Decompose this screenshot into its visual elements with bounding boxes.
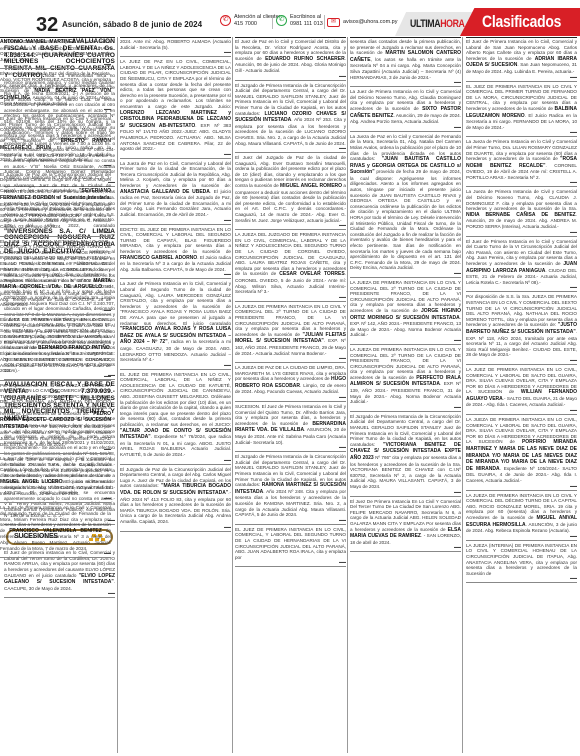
ad-heading: NIDIA BERNABE CAÑISA DE BENITEZ — [466, 212, 576, 218]
ad-code: ▬▬ — [466, 576, 577, 580]
ad-code: ▬▬ — [466, 75, 577, 79]
classified-ad: LA JUEZA DE PRIMERA INSTANCIA EN LO CIVI… — [350, 278, 461, 345]
divider — [272, 15, 273, 29]
ad-code: ▬▬ — [0, 62, 111, 66]
ad-code: ▬▬ — [466, 408, 577, 412]
ad-code: ▬▬ — [0, 308, 111, 312]
classified-ad: Por disposición de S.S. la Sra. JUEZA DE… — [466, 292, 577, 365]
ad-body: La Juez de Primera Instancia en lo Civil… — [120, 281, 231, 325]
classified-ad: La Juez de Primera Instancia en lo Civil… — [0, 503, 111, 558]
ad-code: ▬▬ — [120, 525, 231, 529]
ad-body: EL JUEZ DE PRIMERA INSTANCIA EN LO CIVIL… — [235, 527, 346, 560]
ad-body: LA JUEZA DEL JUZGADO DE PRIMERA INSTANCI… — [235, 232, 346, 276]
classified-ad: El Juez de Primera Instancia en lo Civil… — [0, 114, 111, 170]
column-divider — [347, 37, 348, 753]
ad-code: ▬▬ — [466, 230, 577, 234]
ad-heading: ANTONIO MANUEL MARTINEZ — [0, 39, 75, 45]
ad-heading: MIGUEL ANGEL ROMERO — [280, 183, 342, 189]
ad-column-2: 2024. Ante mi: Abog. ROBERTO ALMADA (Act… — [120, 37, 231, 532]
classified-ad: El Juez De Primera Instancia En Lo Civil… — [350, 497, 461, 553]
newspaper-logo: ULTIMAHORA — [410, 18, 465, 30]
ad-body: El Juez De Primera Instancia En Lo Civil… — [350, 499, 461, 532]
ad-code: ▬▬ — [0, 551, 111, 555]
ad-code: ▬▬ — [235, 395, 346, 399]
ad-code: ▬▬ — [120, 152, 231, 156]
classified-ad: La Jueza de Primera Instancia en lo Civi… — [466, 137, 577, 187]
ad-code: ▬▬ — [350, 338, 461, 342]
classified-ad: LA JUEZ DE PRIMERA INSTANCIA EN LO CIVIL… — [466, 365, 577, 415]
classified-ad: El Juez del Juzgado de Paz de la ciudad … — [235, 153, 346, 230]
classified-ad: EL JUEZ DE PRIMERA INSTANCIA EN LO CIVIL… — [120, 370, 231, 465]
ad-code: ▬▬ — [235, 560, 346, 564]
ad-body: La Jueza de Primera Instancia de Civil y… — [466, 189, 577, 211]
classified-ad: La Jueza de Paz en lo Civil y Comercial … — [350, 132, 461, 278]
ad-body: La Juez de Primera Instancia en lo Civil… — [0, 456, 111, 478]
ad-code: ▬▬ — [466, 358, 577, 362]
ad-code: ▬▬ — [350, 545, 461, 549]
ad-code: ▬▬ — [0, 107, 111, 111]
ad-code: ▬▬ — [120, 363, 231, 367]
ad-heading: FRANCISCO VALENZUELA BENITEZ — [9, 528, 102, 534]
ad-code: ▬▬ — [120, 218, 231, 222]
classified-ad: LA JUEZA DE PRIMERA INSTANCIA EN LO CIVI… — [466, 415, 577, 491]
ad-body: EDICTO: EL JUEZ DE PRIMERA INSTANCIA EN … — [120, 227, 231, 254]
ad-body: LA JUEZA (INTERINA) DE PRIMERA INSTANCIA… — [466, 543, 577, 576]
ad-body: LA JUEZA DE PAZ DE LA CIUDAD DE LIMPIO, … — [235, 365, 346, 381]
classified-ad: SUCESION. El Juez de Primera Instancia e… — [235, 402, 346, 452]
classified-ad: La Jueza de Primera Instancia de Civil y… — [466, 187, 577, 236]
ad-code: ▬▬ — [466, 130, 577, 134]
classified-ad: EL JUEZ DE PRIMERA INSTANCIA EN LO CIVIL… — [0, 237, 111, 315]
column-divider — [117, 37, 118, 753]
ad-code: ▬▬ — [0, 163, 111, 167]
ad-column-3: El Juez de Paz en lo Civil y Comercial d… — [235, 37, 346, 567]
classified-ad: EL JUEZ DE PRIMERA INSTANCIA EN LO CIVIL… — [466, 82, 577, 138]
classified-ad: El Juez de Primera Instancia en lo Civil… — [466, 237, 577, 293]
page-number: 32 — [36, 14, 58, 37]
ad-column-4: sesenta días contados desde la primera p… — [350, 37, 461, 552]
ad-column-6: ANTONIO MANUEL MARTINEZ. El juicio radic… — [0, 37, 111, 558]
classified-ad: El Juzgado de Paz de la Circunscripción … — [120, 465, 231, 532]
classified-ad: El Juez del Juzgado de Paz del distrito … — [0, 69, 111, 114]
section-title-banner: Clasificados — [460, 8, 580, 36]
ad-code: ▬▬ — [350, 405, 461, 409]
classified-ad: sesenta días contados desde la primera p… — [350, 37, 461, 87]
ad-code: ▬▬ — [0, 496, 111, 500]
classified-ad: EL JUEZ DE PRIMERA INSTANCIA EN LO CIVIL… — [235, 525, 346, 568]
classified-ad: La Juez de Primera Instancia en lo Civil… — [0, 454, 111, 503]
classified-ad: ANTONIO MANUEL MARTINEZ. El juicio radic… — [0, 37, 111, 69]
ad-heading: ANASTACIA GALLEANO DE UBEDA — [120, 189, 210, 195]
classified-ad: La Juez de Primera Instancia en lo Civil… — [120, 279, 231, 369]
ad-body: EL JUEZ DE PRIMERA INSTANCIA EN LO CIVIL… — [0, 239, 111, 283]
classified-ad: EDICTO: EL JUEZ DE PRIMERA INSTANCIA EN … — [120, 225, 231, 280]
ad-code: ▬▬ — [466, 534, 577, 538]
ad-code: ▬▬ — [235, 74, 346, 78]
classified-ad: El Juzgado de Primera Instancia de la Ci… — [235, 452, 346, 525]
classified-ad: LA JUEZA DEL JUZGADO DE PRIMERA INSTANCI… — [235, 230, 346, 302]
ad-details: a comparecer a deducir sus acciones dent… — [235, 183, 346, 223]
ad-column-5: El Juez de Primera Instancia en lo Civil… — [466, 37, 577, 583]
ad-code: ▬▬ — [235, 295, 346, 299]
classified-ad: LA JUEZA (INTERINA) DE PRIMERA INSTANCIA… — [466, 541, 577, 584]
classified-ad: Por disposición de S.S. la Sra. JUEZA DE… — [0, 381, 111, 455]
page-header: 32 Asunción, sábado 8 de junio de 2024 ✆… — [0, 0, 580, 36]
ad-code: ▬▬ — [0, 374, 111, 378]
classified-ad: LA JUEZA DE PRIMERA INSTANCIA EN LO CIVI… — [466, 491, 577, 541]
ad-heading: MIGUEL ANGEL LUCERO — [0, 479, 63, 485]
classified-ad: LA JUEZA DE PRIMERA INSTANCIA EN LO CIVI… — [350, 345, 461, 412]
classified-ad: El Juez de Primera Instancia en lo Civil… — [466, 37, 577, 82]
classified-ad: La Jueza de Paz en lo Civil, Comercial y… — [120, 159, 231, 225]
ad-heading: EDUARDO RUFINO SCHAERER — [265, 56, 345, 62]
ad-code: ▬▬ — [235, 445, 346, 449]
classified-ad: La Juez de Primera Instancia en lo Civil… — [350, 87, 461, 132]
ad-body: 2024. Ante mi: Abog. ROBERTO ALMADA (Act… — [120, 39, 231, 50]
publication-date: Asunción, sábado 8 de junio de 2024 — [62, 20, 202, 29]
ad-body: LA JUEZ DE PAZ EN LO CIVIL, COMERCIAL, L… — [120, 59, 231, 109]
ad-heading: CESAR OVELAR TORRES — [279, 271, 344, 277]
classified-ad: 2024. Ante mi: Abog. ROBERTO ALMADA (Act… — [120, 37, 231, 57]
ad-code: ▬▬ — [466, 285, 577, 289]
ad-details: proveído de fecha 29 de mayo de 2024, la… — [350, 169, 461, 270]
whatsapp-contact: ✆ Escribinos al0981 111 013 — [276, 14, 323, 27]
phone-icon: ✆ — [220, 15, 231, 26]
ad-body: EL JUEZ DE PRIMERA INSTANCIA EN LO CIVIL… — [120, 372, 231, 427]
classified-ad: El Juez de Paz en lo Civil y Comercial d… — [235, 37, 346, 81]
divider — [324, 15, 325, 29]
ad-code: ▬▬ — [4, 591, 115, 595]
ad-code: ▬▬ — [120, 458, 231, 462]
classified-ad: LA JUEZA DE PAZ DE LA CIUDAD DE LIMPIO, … — [235, 363, 346, 402]
classified-ad: LA JUEZ DE PAZ EN LO CIVIL, COMERCIAL, L… — [120, 57, 231, 159]
email-icon: ✉ — [327, 18, 340, 27]
ad-code: ▬▬ — [235, 518, 346, 522]
ad-heading: BERNARDO FRANCO PATIÑO — [38, 345, 110, 351]
section-title: Clasificados — [482, 12, 561, 32]
ad-code: ▬▬ — [350, 80, 461, 84]
ad-code: ▬▬ — [350, 490, 461, 494]
ad-code: ▬▬ — [350, 271, 461, 275]
ad-code: ▬▬ — [0, 447, 111, 451]
ad-details: Expte. Nº 326, Folio 80, Año 2024" cita … — [0, 202, 111, 229]
ad-code: ▬▬ — [235, 146, 346, 150]
ad-code: ▬▬ — [0, 230, 111, 234]
whatsapp-icon: ✆ — [276, 15, 287, 26]
ad-body: La Jueza de Paz en lo Civil, Comercial y… — [120, 161, 231, 188]
ad-code: ▬▬ — [120, 50, 231, 54]
ad-code: ▬▬ — [235, 223, 346, 227]
classified-ad: El Juzgado de Primera Instancia de la Ci… — [350, 412, 461, 497]
column-divider — [462, 37, 463, 753]
ad-code: ▬▬ — [466, 180, 577, 184]
classified-ad: EL JUEZ DE PRIMERA INSTANCIA EN LO CIVIL… — [0, 315, 111, 381]
ad-code: ▬▬ — [120, 272, 231, 276]
classified-ad: El Juzgado de Paz de la Circunscripción … — [0, 170, 111, 237]
ad-code: ▬▬ — [350, 125, 461, 129]
column-divider — [232, 37, 233, 753]
email-contact[interactable]: ✉ avisos@uhora.com.py — [327, 18, 398, 27]
ad-heading: FRANCISCO GABRIEL ADORNO — [120, 255, 197, 261]
ad-body: El Juez de Primera Instancia en lo Civil… — [466, 239, 577, 266]
ad-code: ▬▬ — [235, 356, 346, 360]
classified-ad: LA JUEZA DE PRIMERA INSTANCIA EN LO CIVI… — [235, 302, 346, 363]
classified-ad: El Juzgado de Primera Instancia de la Ci… — [235, 81, 346, 154]
ad-code: ▬▬ — [466, 484, 577, 488]
